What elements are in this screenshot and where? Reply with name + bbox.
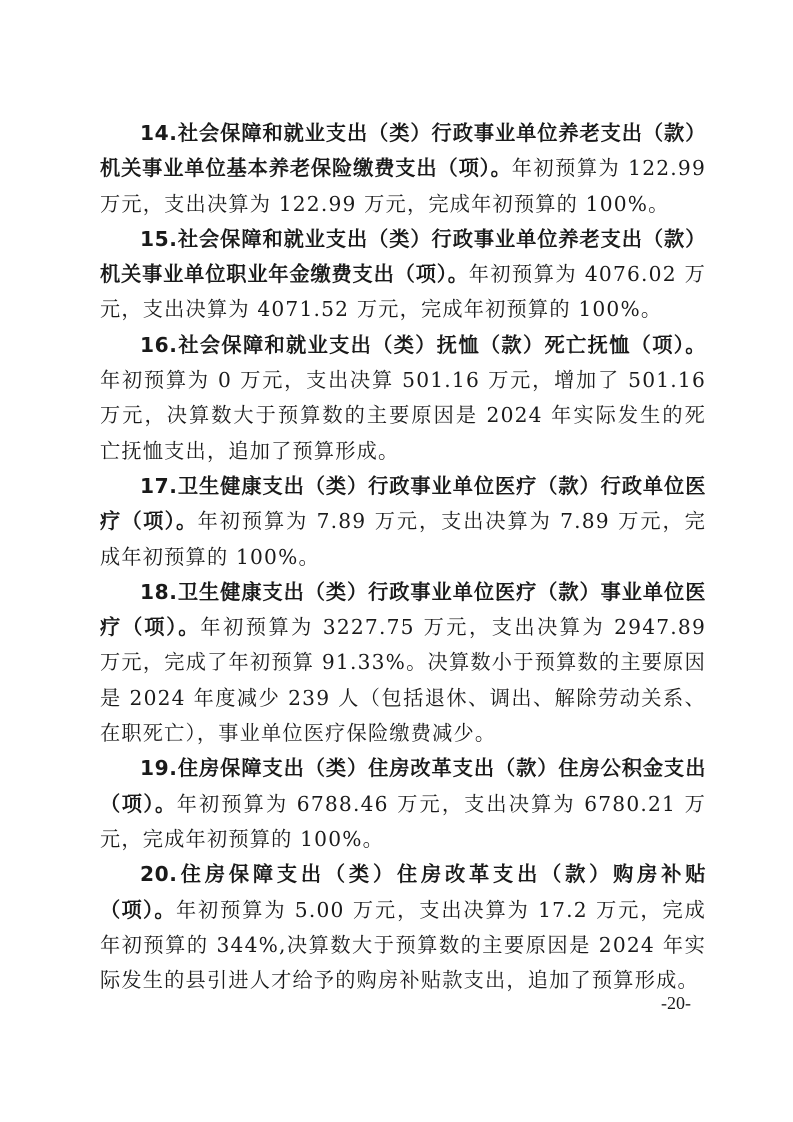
document-body: 14.社会保障和就业支出（类）行政事业单位养老支出（款）机关事业单位基本养老保险…: [100, 116, 706, 998]
budget-item-body: 年初预算为 6788.46 万元，支出决算为 6780.21 万元，完成年初预算…: [100, 792, 706, 851]
page-number: -20-: [661, 993, 691, 1014]
budget-item-heading: 16.社会保障和就业支出（类）抚恤（款）死亡抚恤（项）。: [140, 333, 706, 357]
budget-item-18: 18.卫生健康支出（类）行政事业单位医疗（款）事业单位医疗（项）。年初预算为 3…: [100, 575, 706, 751]
budget-item-17: 17.卫生健康支出（类）行政事业单位医疗（款）行政单位医疗（项）。年初预算为 7…: [100, 469, 706, 575]
budget-item-19: 19.住房保障支出（类）住房改革支出（款）住房公积金支出（项）。年初预算为 67…: [100, 751, 706, 857]
budget-item-body: 年初预算为 0 万元，支出决算 501.16 万元，增加了 501.16 万元，…: [100, 368, 706, 463]
budget-item-14: 14.社会保障和就业支出（类）行政事业单位养老支出（款）机关事业单位基本养老保险…: [100, 116, 706, 222]
budget-item-body: 年初预算为 5.00 万元，支出决算为 17.2 万元，完成年初预算的 344%…: [100, 898, 706, 993]
budget-item-15: 15.社会保障和就业支出（类）行政事业单位养老支出（款）机关事业单位职业年金缴费…: [100, 222, 706, 328]
budget-item-16: 16.社会保障和就业支出（类）抚恤（款）死亡抚恤（项）。年初预算为 0 万元，支…: [100, 328, 706, 469]
budget-item-20: 20.住房保障支出（类）住房改革支出（款）购房补贴（项）。年初预算为 5.00 …: [100, 857, 706, 998]
